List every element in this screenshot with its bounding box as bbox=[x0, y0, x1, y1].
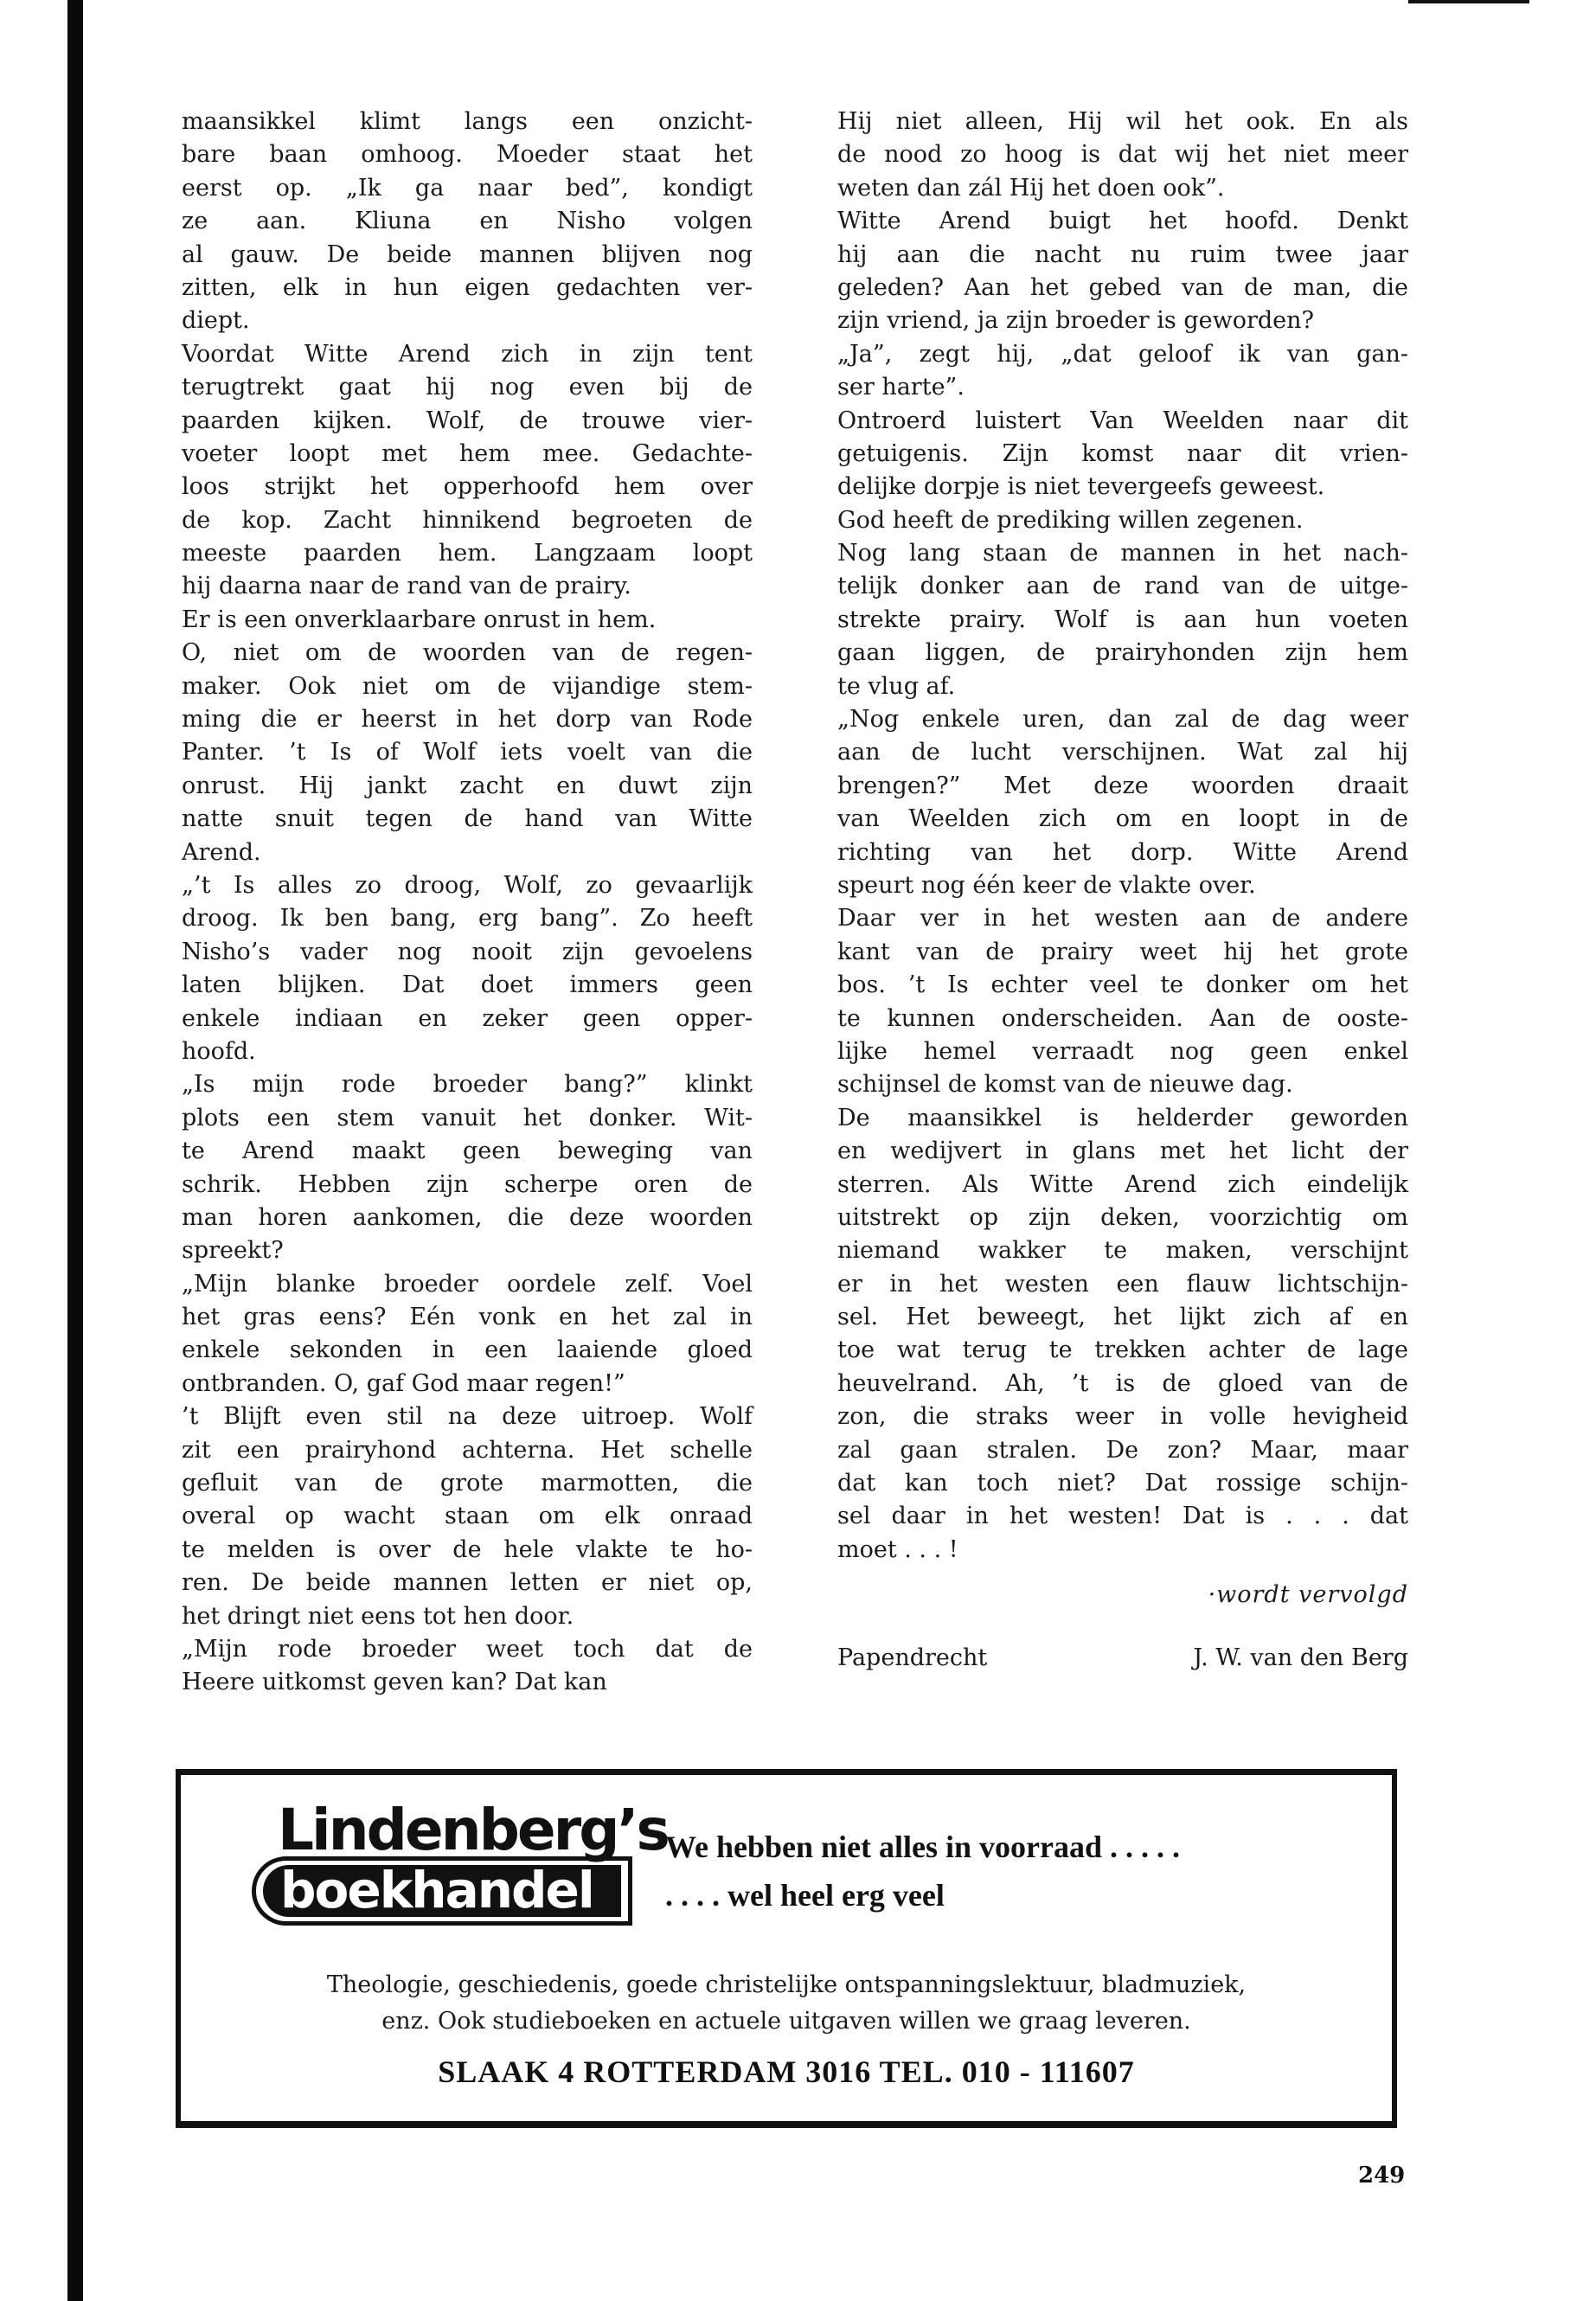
ad-description: Theologie, geschiedenis, goede christeli… bbox=[181, 1967, 1392, 2040]
text-line: hij daarna naar de rand van de prairy. bbox=[182, 570, 753, 603]
text-line: gefluit van de grote marmotten, die bbox=[182, 1467, 753, 1500]
text-line: niemand wakker te maken, verschijnt bbox=[837, 1234, 1408, 1267]
text-line: overal op wacht staan om elk onraad bbox=[182, 1500, 753, 1533]
text-line: „Mijn rode broeder weet toch dat de bbox=[182, 1633, 753, 1666]
text-line: speurt nog één keer de vlakte over. bbox=[837, 869, 1408, 902]
text-line: Ontroerd luistert Van Weelden naar dit bbox=[837, 405, 1408, 438]
text-line: Heere uitkomst geven kan? Dat kan bbox=[182, 1666, 753, 1699]
text-line: zit een prairyhond achterna. Het schelle bbox=[182, 1434, 753, 1467]
logo-subtitle: boekhandel bbox=[280, 1860, 593, 1920]
signature: Papendrecht J. W. van den Berg bbox=[837, 1642, 1408, 1675]
text-line: voeter loopt met hem mee. Gedachte- bbox=[182, 438, 753, 471]
text-line: bos. ’t Is echter veel te donker om het bbox=[837, 969, 1408, 1002]
text-line: te melden is over de hele vlakte te ho- bbox=[182, 1534, 753, 1567]
scan-edge-mark bbox=[1408, 0, 1529, 3]
ad-description-line-1: Theologie, geschiedenis, goede christeli… bbox=[181, 1967, 1392, 2003]
text-line: zitten, elk in hun eigen gedachten ver- bbox=[182, 272, 753, 304]
text-line: Witte Arend buigt het hoofd. Denkt bbox=[837, 205, 1408, 238]
text-line: ze aan. Kliuna en Nisho volgen bbox=[182, 205, 753, 238]
text-line: sel. Het beweegt, het lijkt zich af en bbox=[837, 1301, 1408, 1334]
text-line: weten dan zál Hij het doen ook”. bbox=[837, 172, 1408, 205]
text-line: gaan liggen, de prairyhonden zijn hem bbox=[837, 637, 1408, 670]
text-line: sel daar in het westen! Dat is . . . dat bbox=[837, 1500, 1408, 1533]
text-line: te Arend maakt geen beweging van bbox=[182, 1135, 753, 1168]
text-line: God heeft de prediking willen zegenen. bbox=[837, 504, 1408, 537]
text-line: natte snuit tegen de hand van Witte bbox=[182, 803, 753, 836]
text-line: en wedijvert in glans met het licht der bbox=[837, 1135, 1408, 1168]
text-line: ’t Blijft even stil na deze uitroep. Wol… bbox=[182, 1400, 753, 1433]
ad-slogan-line-2: . . . . wel heel erg veel bbox=[665, 1877, 945, 1913]
text-line: hij aan die nacht nu ruim twee jaar bbox=[837, 239, 1408, 272]
signature-author: J. W. van den Berg bbox=[1193, 1642, 1408, 1675]
text-line: Panter. ’t Is of Wolf iets voelt van die bbox=[182, 736, 753, 769]
text-line: aan de lucht verschijnen. Wat zal hij bbox=[837, 736, 1408, 769]
text-line: enkele indiaan en zeker geen opper- bbox=[182, 1003, 753, 1035]
ad-description-line-2: enz. Ook studieboeken en actuele uitgave… bbox=[181, 2003, 1392, 2040]
text-line: schrik. Hebben zijn scherpe oren de bbox=[182, 1169, 753, 1202]
text-line: ontbranden. O, gaf God maar regen!” bbox=[182, 1368, 753, 1400]
text-line: „Nog enkele uren, dan zal de dag weer bbox=[837, 703, 1408, 736]
text-line: De maansikkel is helderder geworden bbox=[837, 1102, 1408, 1135]
bookshop-advertisement: Lindenberg’s boekhandel We hebben niet a… bbox=[176, 1769, 1397, 2128]
text-line: te kunnen onderscheiden. Aan de ooste- bbox=[837, 1003, 1408, 1035]
text-line: „’t Is alles zo droog, Wolf, zo gevaarli… bbox=[182, 869, 753, 902]
ad-slogan-line-1: We hebben niet alles in voorraad . . . .… bbox=[665, 1829, 1180, 1865]
text-line: er in het westen een flauw lichtschijn- bbox=[837, 1268, 1408, 1301]
logo-name: Lindenberg’s bbox=[278, 1803, 668, 1858]
text-line: strekte prairy. Wolf is aan hun voeten bbox=[837, 604, 1408, 637]
text-line: bare baan omhoog. Moeder staat het bbox=[182, 138, 753, 171]
text-line: spreekt? bbox=[182, 1234, 753, 1267]
text-line: Hij niet alleen, Hij wil het ook. En als bbox=[837, 106, 1408, 138]
page-number: 249 bbox=[1358, 2163, 1405, 2189]
text-line: paarden kijken. Wolf, de trouwe vier- bbox=[182, 405, 753, 438]
text-line: delijke dorpje is niet tevergeefs gewees… bbox=[837, 471, 1408, 503]
text-line: sterren. Als Witte Arend zich eindelijk bbox=[837, 1169, 1408, 1202]
text-line: toe wat terug te trekken achter de lage bbox=[837, 1334, 1408, 1367]
bookshop-logo: Lindenberg’s boekhandel bbox=[252, 1803, 650, 1924]
text-line: brengen?” Met deze woorden draait bbox=[837, 770, 1408, 803]
text-line: ser harte”. bbox=[837, 371, 1408, 404]
text-line: telijk donker aan de rand van de uitge- bbox=[837, 570, 1408, 603]
text-line: diept. bbox=[182, 304, 753, 337]
text-line: getuigenis. Zijn komst naar dit vrien- bbox=[837, 438, 1408, 471]
text-line: schijnsel de komst van de nieuwe dag. bbox=[837, 1068, 1408, 1101]
logo-banner: boekhandel bbox=[252, 1856, 632, 1926]
text-line: richting van het dorp. Witte Arend bbox=[837, 836, 1408, 869]
text-line: de nood zo hoog is dat wij het niet meer bbox=[837, 138, 1408, 171]
text-line: maker. Ook niet om de vijandige stem- bbox=[182, 670, 753, 703]
text-line: heuvelrand. Ah, ’t is de gloed van de bbox=[837, 1368, 1408, 1400]
text-line: van Weelden zich om en loopt in de bbox=[837, 803, 1408, 836]
text-line: al gauw. De beide mannen blijven nog bbox=[182, 239, 753, 272]
signature-place: Papendrecht bbox=[837, 1642, 987, 1675]
text-line: ren. De beide mannen letten er niet op, bbox=[182, 1567, 753, 1599]
text-line: loos strijkt het opperhoofd hem over bbox=[182, 471, 753, 503]
text-line: Voordat Witte Arend zich in zijn tent bbox=[182, 338, 753, 371]
text-line: O, niet om de woorden van de regen- bbox=[182, 637, 753, 670]
text-line: lijke hemel verraadt nog geen enkel bbox=[837, 1035, 1408, 1068]
text-line: enkele sekonden in een laaiende gloed bbox=[182, 1334, 753, 1367]
right-text-column: Hij niet alleen, Hij wil het ook. En als… bbox=[837, 106, 1408, 1675]
text-line: ming die er heerst in het dorp van Rode bbox=[182, 703, 753, 736]
text-line: droog. Ik ben bang, erg bang”. Zo heeft bbox=[182, 902, 753, 935]
page-edge-bar bbox=[67, 0, 83, 2301]
text-line: zon, die straks weer in volle hevigheid bbox=[837, 1400, 1408, 1433]
text-line: zijn vriend, ja zijn broeder is geworden… bbox=[837, 304, 1408, 337]
text-line: Arend. bbox=[182, 836, 753, 869]
to-be-continued-note: ·wordt vervolgd bbox=[837, 1579, 1408, 1612]
text-line: hoofd. bbox=[182, 1035, 753, 1068]
text-line: uitstrekt op zijn deken, voorzichtig om bbox=[837, 1202, 1408, 1234]
text-line: geleden? Aan het gebed van de man, die bbox=[837, 272, 1408, 304]
text-line: man horen aankomen, die deze woorden bbox=[182, 1202, 753, 1234]
text-line: zal gaan stralen. De zon? Maar, maar bbox=[837, 1434, 1408, 1467]
text-line: kant van de prairy weet hij het grote bbox=[837, 936, 1408, 969]
text-line: dat kan toch niet? Dat rossige schijn- bbox=[837, 1467, 1408, 1500]
text-line: te vlug af. bbox=[837, 670, 1408, 703]
text-line: de kop. Zacht hinnikend begroeten de bbox=[182, 504, 753, 537]
text-line: moet . . . ! bbox=[837, 1534, 1408, 1567]
text-line: Daar ver in het westen aan de andere bbox=[837, 902, 1408, 935]
ad-address: SLAAK 4 ROTTERDAM 3016 TEL. 010 - 111607 bbox=[181, 2054, 1392, 2090]
text-line: eerst op. „Ik ga naar bed”, kondigt bbox=[182, 172, 753, 205]
text-line: laten blijken. Dat doet immers geen bbox=[182, 969, 753, 1002]
text-line: „Mijn blanke broeder oordele zelf. Voel bbox=[182, 1268, 753, 1301]
text-line: Er is een onverklaarbare onrust in hem. bbox=[182, 604, 753, 637]
text-line: het gras eens? Eén vonk en het zal in bbox=[182, 1301, 753, 1334]
text-line: meeste paarden hem. Langzaam loopt bbox=[182, 537, 753, 570]
text-line: „Ja”, zegt hij, „dat geloof ik van gan- bbox=[837, 338, 1408, 371]
text-line: terugtrekt gaat hij nog even bij de bbox=[182, 371, 753, 404]
text-line: „Is mijn rode broeder bang?” klinkt bbox=[182, 1068, 753, 1101]
text-line: maansikkel klimt langs een onzicht- bbox=[182, 106, 753, 138]
text-line: het dringt niet eens tot hen door. bbox=[182, 1600, 753, 1633]
text-line: plots een stem vanuit het donker. Wit- bbox=[182, 1102, 753, 1135]
text-line: onrust. Hij jankt zacht en duwt zijn bbox=[182, 770, 753, 803]
text-line: Nog lang staan de mannen in het nach- bbox=[837, 537, 1408, 570]
text-line: Nisho’s vader nog nooit zijn gevoelens bbox=[182, 936, 753, 969]
left-text-column: maansikkel klimt langs een onzicht-bare … bbox=[182, 106, 753, 1700]
